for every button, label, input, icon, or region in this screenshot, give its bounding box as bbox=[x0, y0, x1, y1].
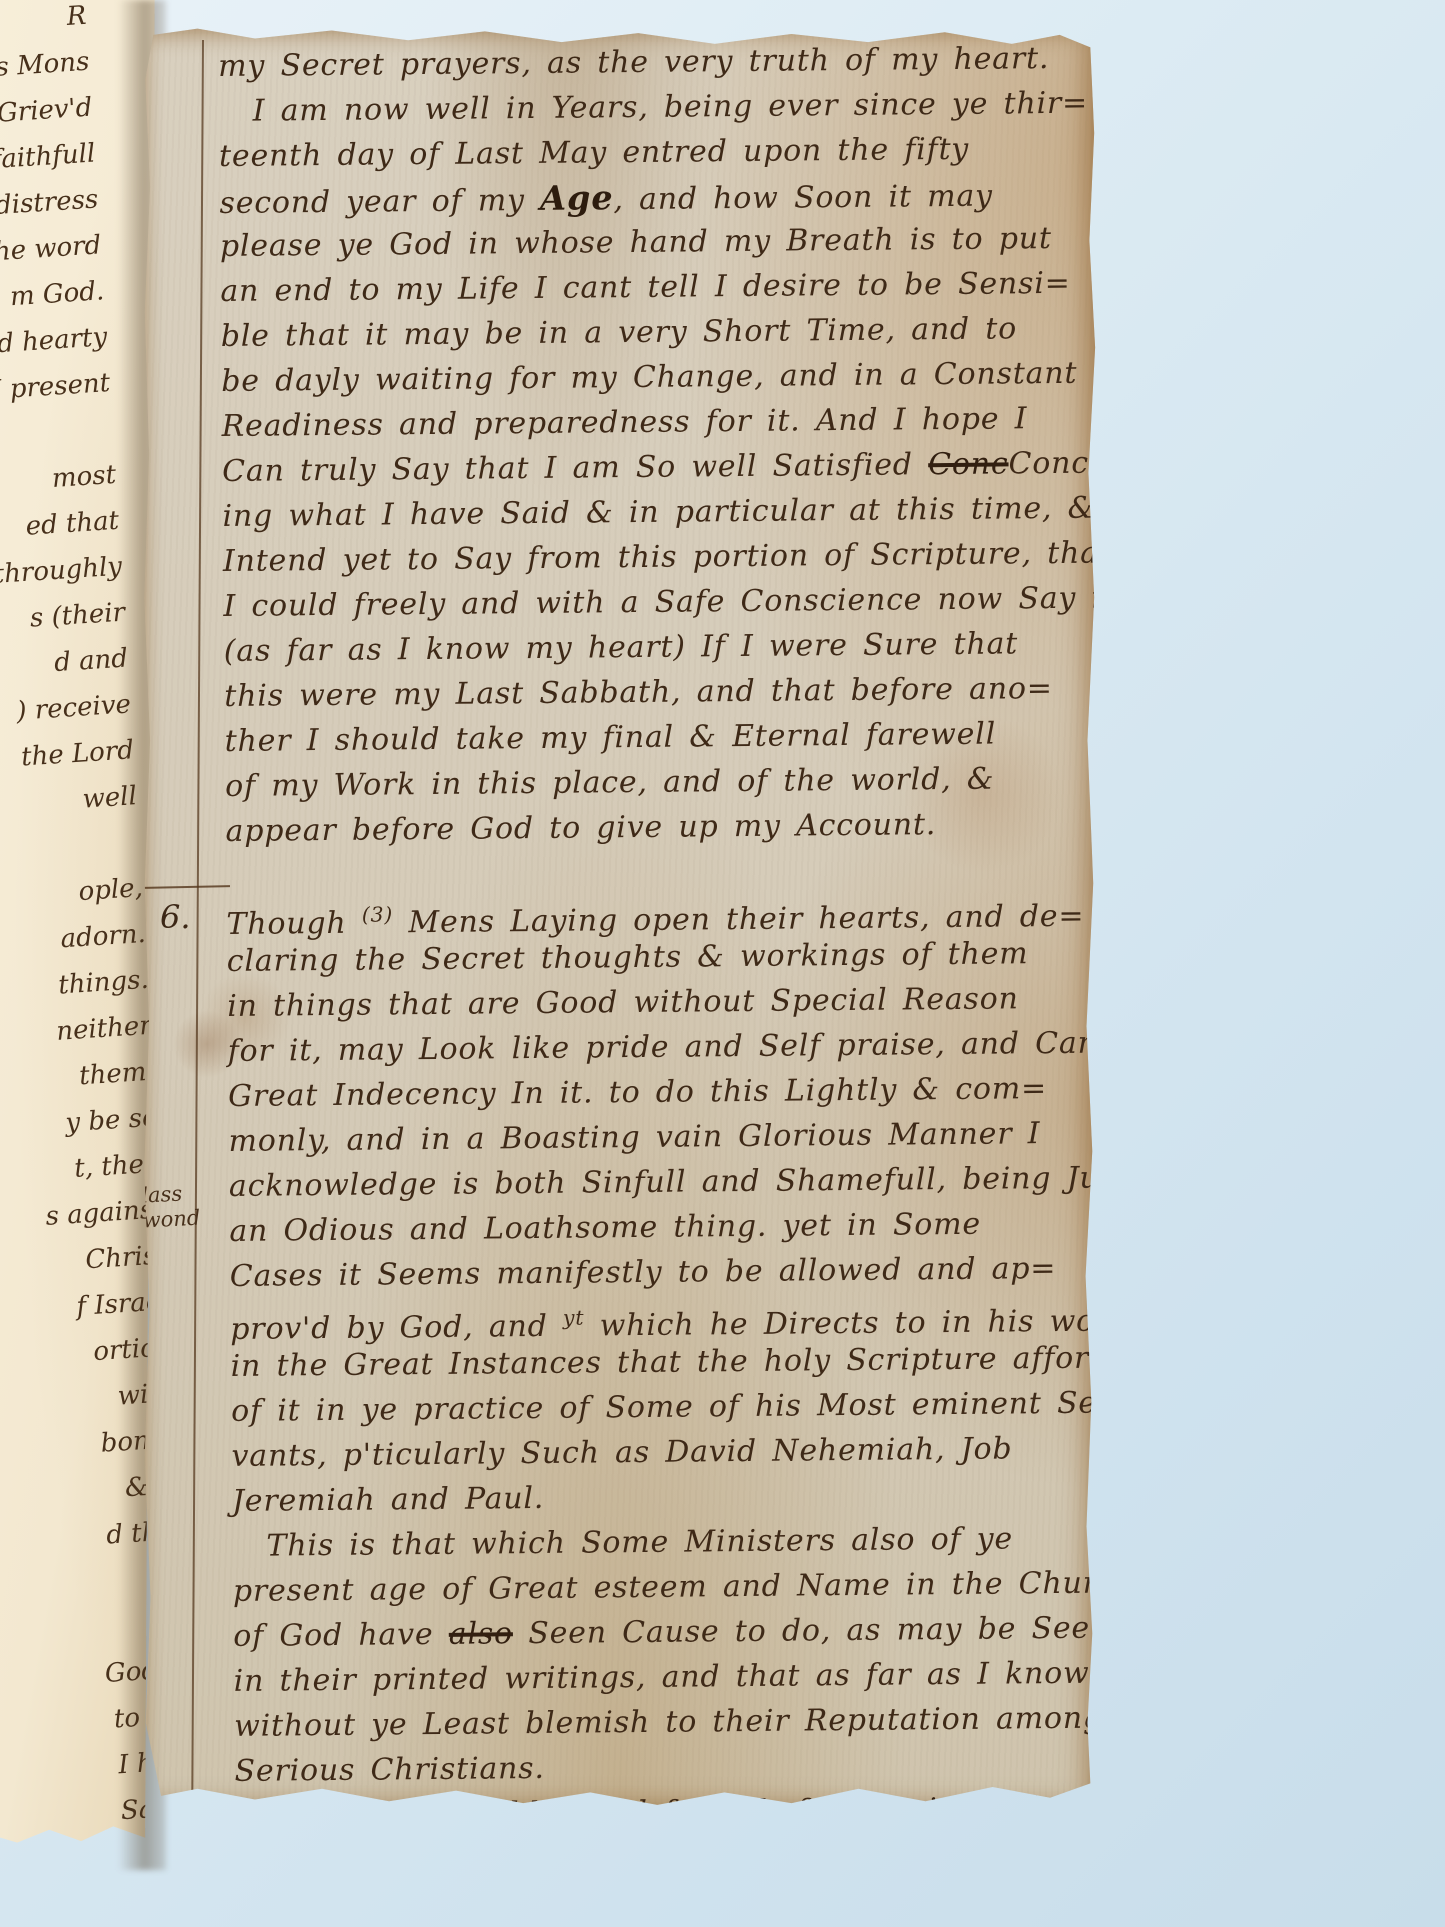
margin-rule-line bbox=[191, 40, 204, 1792]
text-segment: second year of my bbox=[219, 183, 540, 221]
text-segment: ing what I have Said & in particular at … bbox=[222, 491, 1095, 534]
text-segment: be dayly waiting for my Change, and in a… bbox=[221, 356, 1077, 399]
text-segment: Age bbox=[540, 177, 614, 218]
manuscript-line: vants, p'ticularly Such as David Nehemia… bbox=[231, 1426, 1103, 1479]
manuscript-line: If a Man Should Stand forth before their… bbox=[235, 1786, 1107, 1839]
text-segment: appear before God to give up my Account. bbox=[225, 807, 936, 849]
struck-word: their bbox=[876, 1792, 953, 1828]
text-segment: without ye Least blemish to their Reputa… bbox=[234, 1701, 1103, 1744]
text-segment: , and how Soon it may bbox=[613, 179, 993, 218]
text-segment: in things that are Good without Special … bbox=[227, 981, 1019, 1024]
text-segment: a whole bbox=[953, 1791, 1097, 1827]
text-segment: of my Work in this place, and of the wor… bbox=[225, 762, 995, 804]
manuscript-line: without ye Least blemish to their Reputa… bbox=[234, 1696, 1106, 1749]
text-segment: in their printed writings, and that as f… bbox=[234, 1656, 1090, 1699]
text-segment: Seen Cause to do, as may be Seen bbox=[513, 1611, 1111, 1652]
margin-note-line1: lass bbox=[141, 1180, 202, 1208]
text-segment: teenth day of Last May entred upon the f… bbox=[219, 132, 969, 174]
text-segment: ther I should take my final & Eternal fa… bbox=[225, 717, 997, 759]
text-segment: Intend yet to Say from this portion of S… bbox=[223, 535, 1112, 579]
text-segment: Though bbox=[226, 906, 362, 942]
text-segment: in the Great Instances that the holy Scr… bbox=[231, 1340, 1126, 1384]
section-number: 6. bbox=[160, 898, 191, 936]
text-segment: of it in ye practice of Some of his Most… bbox=[231, 1385, 1138, 1429]
text-segment: Concern= bbox=[1008, 445, 1168, 482]
text-segment: acknowledge is both Sinfull and Shameful… bbox=[229, 1160, 1129, 1204]
text-segment: This is that which Some Ministers also o… bbox=[266, 1521, 1013, 1563]
text-segment: yt bbox=[563, 1306, 585, 1330]
manuscript-line: of my Work in this place, and of the wor… bbox=[225, 756, 1097, 809]
text-segment: If a Man Should Stand forth before bbox=[269, 1793, 876, 1834]
text-segment: for it, may Look like pride and Self pra… bbox=[228, 1025, 1126, 1069]
section-divider-line bbox=[144, 885, 230, 889]
text-segment: monly, and in a Boasting vain Glorious M… bbox=[228, 1116, 1040, 1159]
verso-fragment: Soul in bbox=[0, 1829, 207, 1889]
text-segment: of God have bbox=[233, 1617, 449, 1654]
struck-word: also bbox=[449, 1616, 513, 1652]
text-segment: my Secret prayers, as the very truth of … bbox=[218, 41, 1049, 84]
text-segment: Serious Christians. bbox=[234, 1751, 544, 1789]
text-segment: ble that it may be in a very Short Time,… bbox=[221, 311, 1018, 354]
text-segment: vants, p'ticularly Such as David Nehemia… bbox=[231, 1431, 1012, 1473]
text-segment: an end to my Life I cant tell I desire t… bbox=[220, 266, 1071, 309]
text-segment: Great Indecency In it. to do this Lightl… bbox=[228, 1071, 1047, 1114]
photo-background: Res Monset Griev'dfaithfullies distresss… bbox=[0, 0, 1445, 1927]
text-segment: an Odious and Loathsome thing. yet in So… bbox=[229, 1207, 981, 1249]
manuscript-text: my Secret prayers, as the very truth of … bbox=[218, 36, 1107, 1839]
text-segment: Jeremiah and Paul. bbox=[232, 1481, 545, 1519]
text-segment: I could freely and with a Safe Conscienc… bbox=[223, 580, 1115, 624]
text-segment: (3) bbox=[362, 902, 394, 926]
text-segment: please ye God in whose hand my Breath is… bbox=[220, 221, 1052, 264]
text-segment: (as far as I know my heart) If I were Su… bbox=[224, 626, 1019, 669]
text-segment: Can truly Say that I am So well Satisfie… bbox=[222, 447, 928, 489]
margin-note-line2: wond bbox=[142, 1205, 203, 1233]
text-segment: claring the Secret thoughts & workings o… bbox=[227, 936, 1029, 979]
text-segment: I am now well in Years, being ever since… bbox=[252, 86, 1088, 129]
margin-note: lass wond bbox=[141, 1180, 204, 1233]
struck-word: Conc bbox=[928, 446, 1009, 482]
manuscript-page: 6. lass wond my Secret prayers, as the v… bbox=[140, 26, 1098, 1812]
text-segment: present age of Great esteem and Name in … bbox=[233, 1565, 1136, 1609]
manuscript-line: appear before God to give up my Account. bbox=[225, 801, 1097, 854]
text-segment: Cases it Seems manifestly to be allowed … bbox=[230, 1251, 1057, 1294]
text-segment: this were my Last Sabbath, and that befo… bbox=[224, 671, 1053, 714]
text-segment: Readiness and preparedness for it. And I… bbox=[222, 401, 1028, 444]
